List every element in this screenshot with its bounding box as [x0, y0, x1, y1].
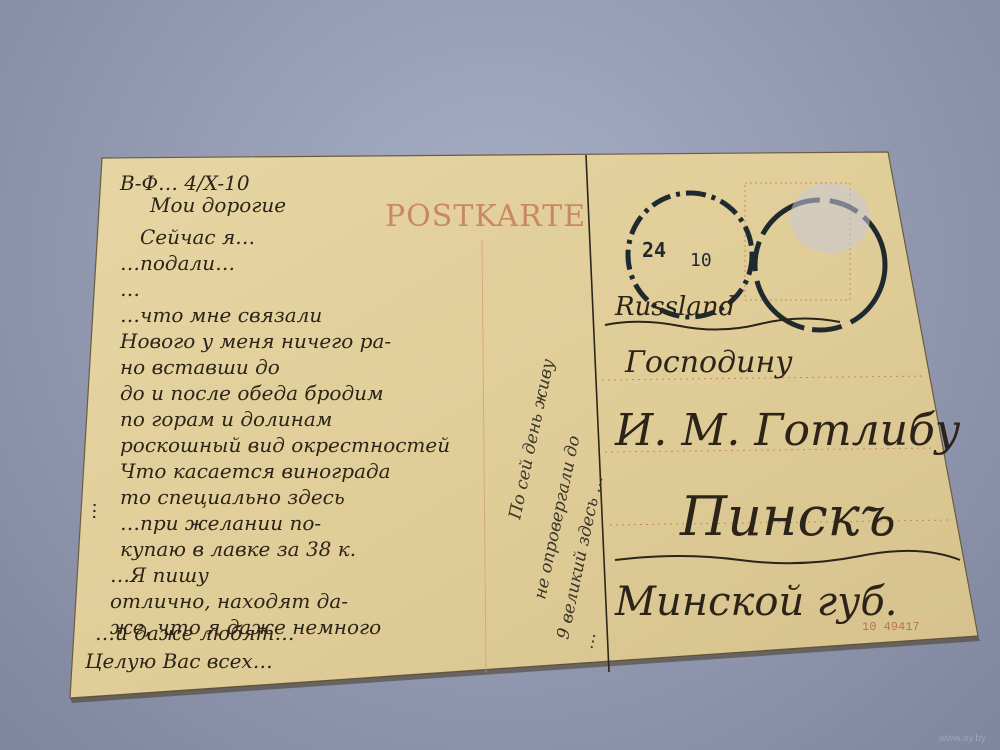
- margin-text: …: [79, 501, 101, 520]
- printed-header: POSTKARTE: [385, 199, 586, 234]
- message-line: …подали…: [120, 251, 235, 275]
- message-line: …: [120, 277, 140, 301]
- message-line: то специально здесь: [120, 485, 345, 509]
- message-line: Что касается винограда: [120, 459, 391, 483]
- postmark-month: 10: [690, 250, 712, 271]
- postcard-photo: POSTKARTE 24 10 В-Ф… 4/X-10 Мои дорогие …: [0, 0, 1000, 750]
- message-line: Сейчас я…: [140, 225, 255, 249]
- address-country: Russland: [614, 292, 735, 322]
- message-line: купаю в лавке за 38 к.: [120, 537, 356, 561]
- message-line: В-Ф… 4/X-10: [119, 171, 250, 195]
- postcard-canvas: POSTKARTE 24 10 В-Ф… 4/X-10 Мои дорогие …: [0, 0, 1000, 750]
- address-name: И. М. Готлибу: [614, 405, 961, 456]
- message-line: роскошный вид окрестностей: [120, 433, 450, 457]
- address-salutation: Господину: [624, 345, 793, 380]
- message-line: …что мне связали: [120, 303, 322, 327]
- postmark-day: 24: [642, 238, 666, 262]
- removed-stamp-residue: [790, 183, 870, 253]
- message-line: …при желании по-: [120, 511, 321, 535]
- message-line: …и даже любят…: [95, 621, 295, 645]
- watermark: www.ay.by: [939, 733, 986, 744]
- message-line: Целую Вас всех…: [84, 649, 273, 673]
- message-line: Нового у меня ничего ра-: [119, 329, 391, 353]
- address-region: Минской губ.: [614, 579, 897, 625]
- message-line: но вставши до: [120, 355, 280, 379]
- message-line: до и после обеда бродим: [120, 381, 384, 405]
- address-city: Пинскъ: [679, 485, 896, 548]
- serial-number: 10 49417: [862, 620, 920, 634]
- message-line: Мои дорогие: [149, 193, 286, 217]
- message-line: по горам и долинам: [120, 407, 332, 431]
